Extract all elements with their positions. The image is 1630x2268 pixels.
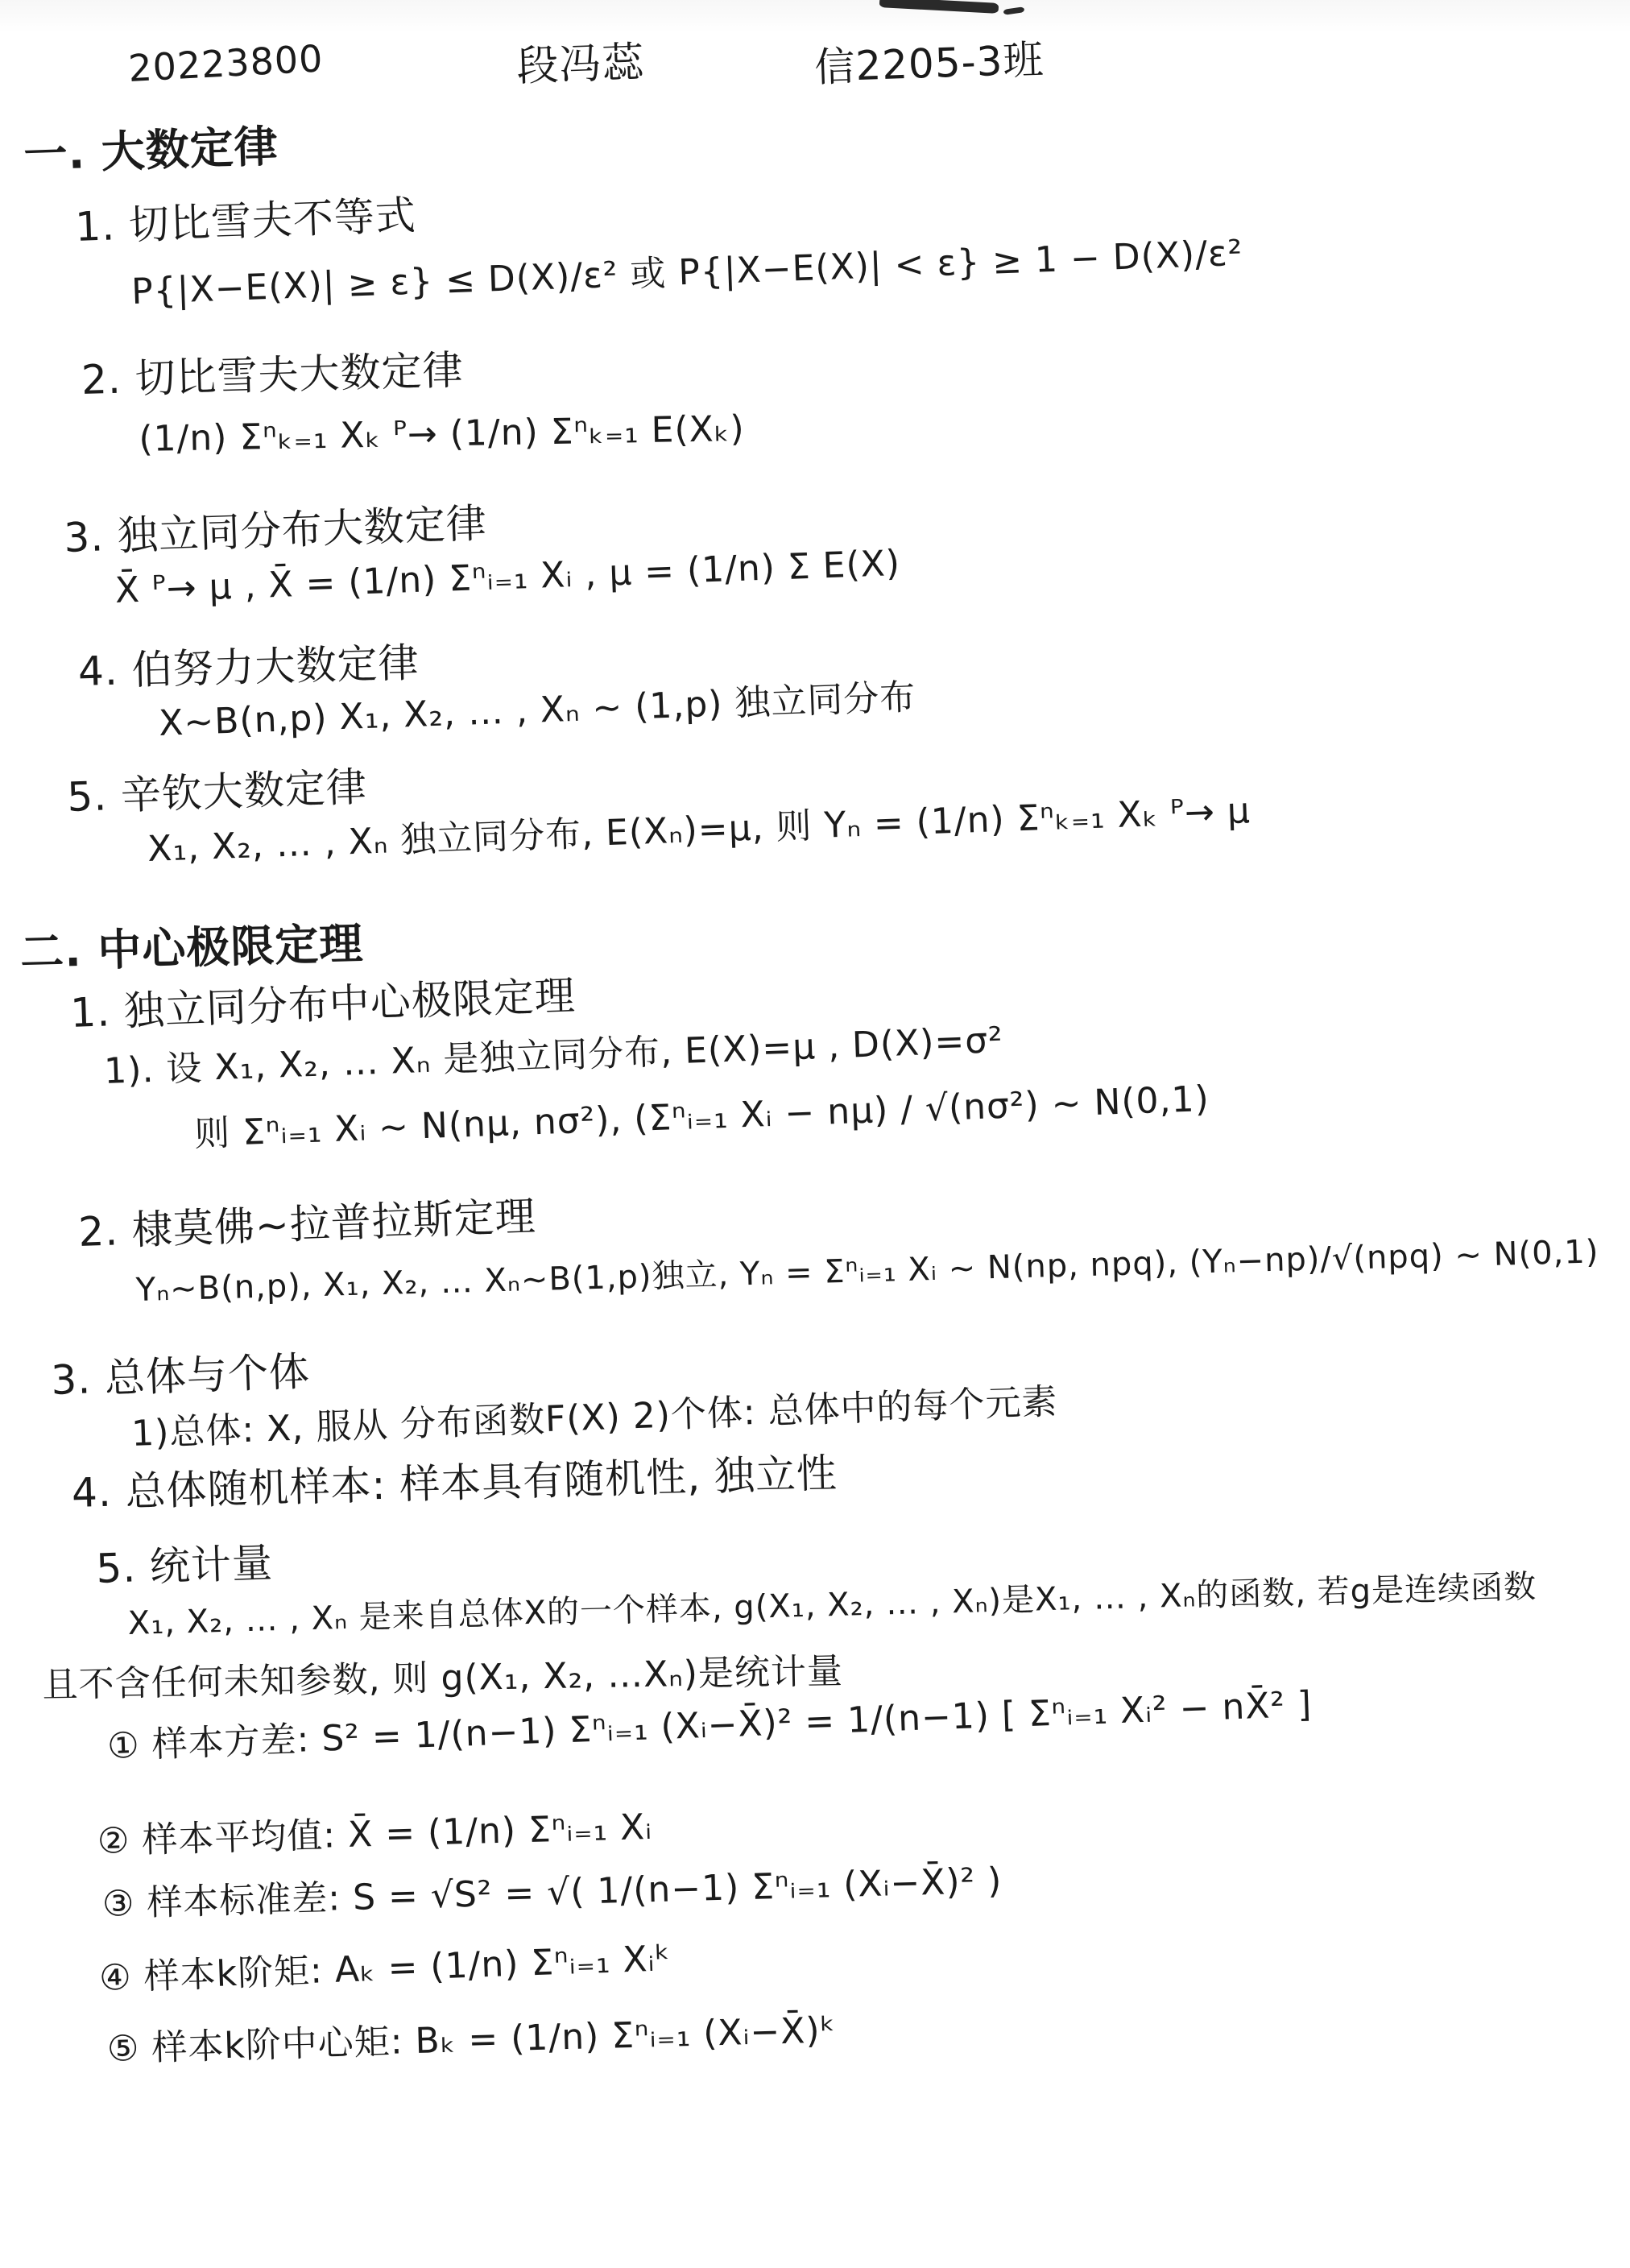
s1-item-5-label: 5. 辛钦大数定律: [66, 755, 368, 823]
s2-item-5-line1: X₁, X₂, … , Xₙ 是来自总体X的一个样本, g(X₁, X₂, … …: [127, 1561, 1537, 1644]
stat-sample-stddev: ③ 样本标准差: S = √S² = √( 1/(n−1) Σⁿᵢ₌₁ (Xᵢ−…: [101, 1852, 1003, 1927]
stat-sample-mean: ② 样本平均值: X̄ = (1/n) Σⁿᵢ₌₁ Xᵢ: [97, 1798, 653, 1864]
section-1-title: 一. 大数定律: [23, 112, 279, 183]
s2-item-3-label: 3. 总体与个体: [50, 1339, 311, 1406]
scan-ink-smudge: [879, 0, 999, 14]
s2-item-2-label: 2. 棣莫佛~拉普拉斯定理: [77, 1184, 537, 1258]
s1-item-2-label: 2. 切比雪夫大数定律: [81, 338, 464, 406]
s1-item-2-formula: (1/n) Σⁿₖ₌₁ Xₖ ᴾ→ (1/n) Σⁿₖ₌₁ E(Xₖ): [139, 408, 745, 460]
student-name: 段冯蕊: [515, 27, 646, 93]
scanned-notes-page: 20223800 段冯蕊 信2205-3班 一. 大数定律 1. 切比雪夫不等式…: [0, 0, 1630, 2268]
class-name: 信2205-3班: [813, 27, 1045, 93]
s1-item-3-label: 3. 独立同分布大数定律: [63, 491, 488, 564]
scan-ink-smudge-small: [1003, 6, 1025, 15]
stat-sample-k-moment: ④ 样本k阶矩: Aₖ = (1/n) Σⁿᵢ₌₁ Xᵢᵏ: [98, 1929, 672, 2001]
section-2-title: 二. 中心极限定理: [19, 909, 364, 980]
stat-sample-k-central-moment: ⑤ 样本k阶中心矩: Bₖ = (1/n) Σⁿᵢ₌₁ (Xᵢ−X̄)ᵏ: [106, 2001, 837, 2071]
s1-item-1-label: 1. 切比雪夫不等式: [74, 183, 417, 253]
s2-item-5-label: 5. 统计量: [95, 1530, 274, 1595]
student-id: 20223800: [127, 36, 325, 90]
